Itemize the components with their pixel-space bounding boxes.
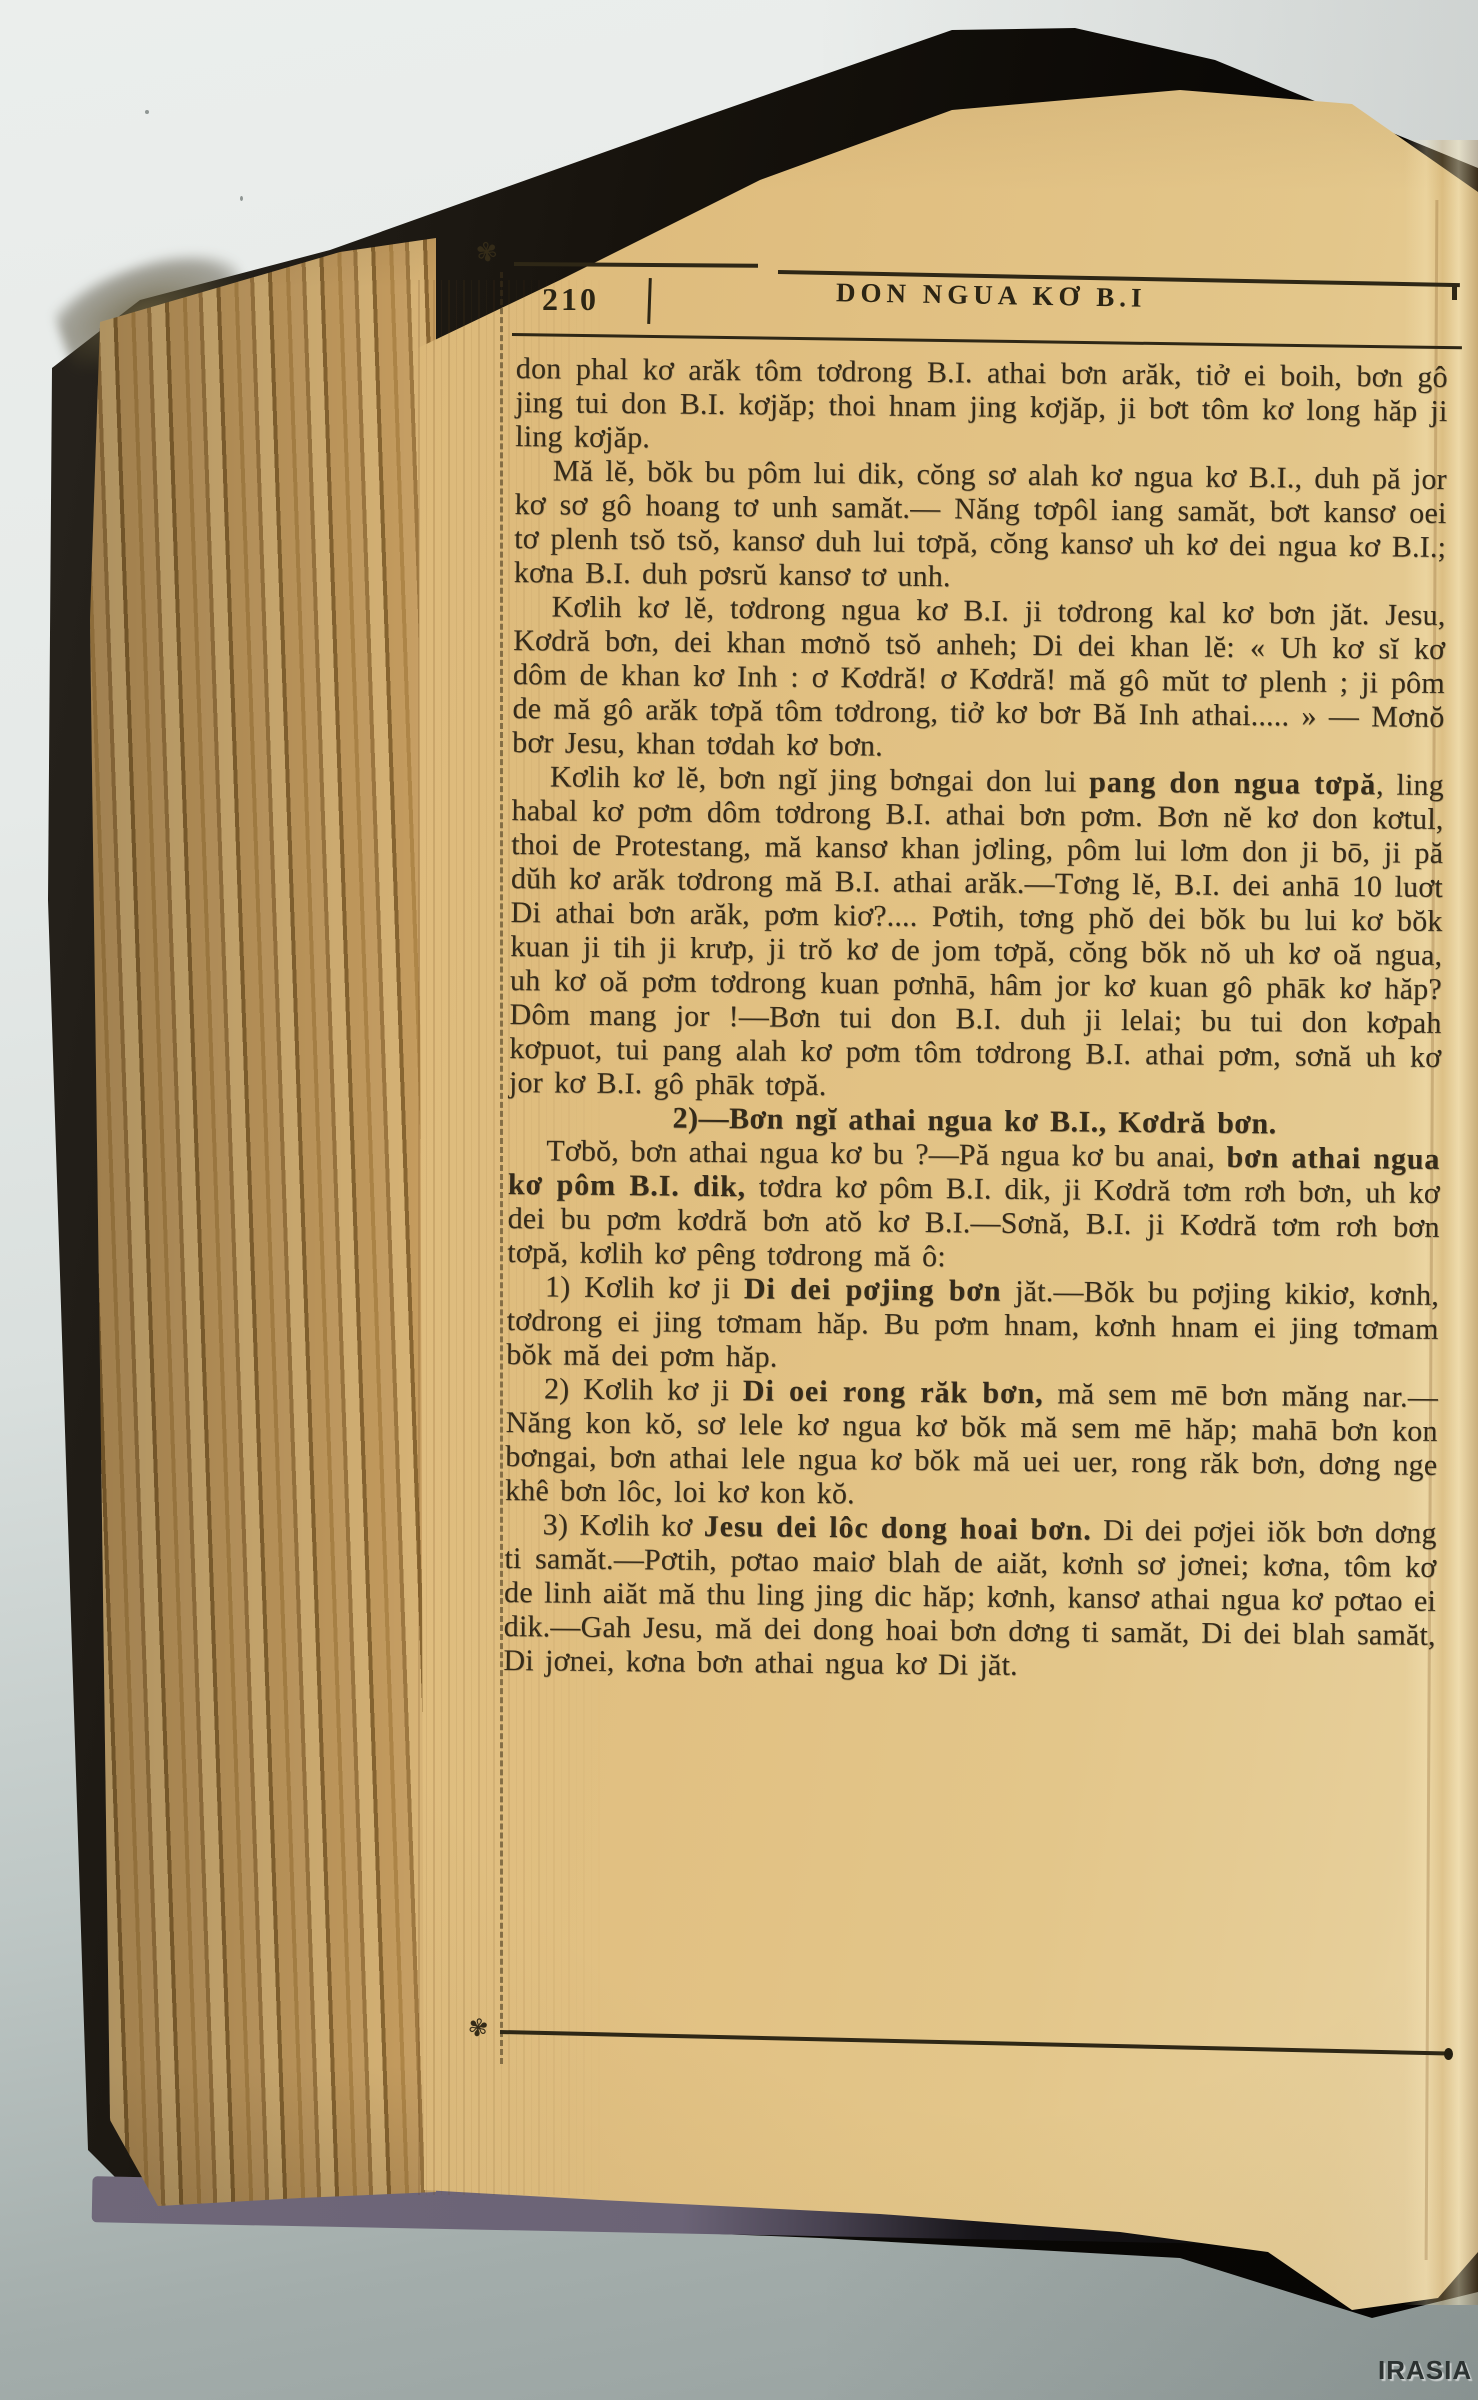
dust-speck	[240, 196, 243, 201]
running-title: DON NGUA KƠ B.I	[836, 277, 1147, 313]
bottom-rule-end-mark	[1444, 2048, 1453, 2060]
paragraph: Kơlih kơ lĕ, tơdrong ngua kơ B.I. ji tơd…	[512, 590, 1446, 769]
paragraph: Mă lĕ, bŏk bu pôm lui dik, cŏng sơ alah …	[514, 454, 1447, 599]
watermark: IRASIA	[1378, 2355, 1472, 2386]
text-column: don phal kơ arăk tôm tơdrong B.I. athai …	[503, 352, 1448, 1687]
paragraph: Tơbŏ, bơn athai ngua kơ bu ?—Pă ngua kơ …	[507, 1134, 1440, 1279]
book-photo: ✾ 210 DON NGUA KƠ B.I don phal kơ arăk t…	[0, 0, 1478, 2400]
top-rule-end-mark	[1452, 284, 1457, 300]
paragraph: Kơlih kơ lĕ, bơn ngĭ jing bơngai don lui…	[509, 760, 1444, 1109]
paragraph: 1) Kơlih kơ ji Di dei pơjing bơn jăt.—Bŏ…	[506, 1270, 1439, 1381]
left-margin-dashed-line	[500, 272, 503, 2064]
paragraph: 3) Kơlih kơ Jesu dei lôc dong hoai bơn. …	[503, 1508, 1437, 1687]
paragraph: don phal kơ arăk tôm tơdrong B.I. athai …	[515, 352, 1448, 463]
page-number: 210	[542, 281, 599, 318]
paragraph: 2) Kơlih kơ ji Di oei rong răk bơn, mă s…	[505, 1372, 1438, 1517]
dust-speck	[145, 110, 149, 114]
top-ornament-icon: ✾	[474, 237, 500, 270]
